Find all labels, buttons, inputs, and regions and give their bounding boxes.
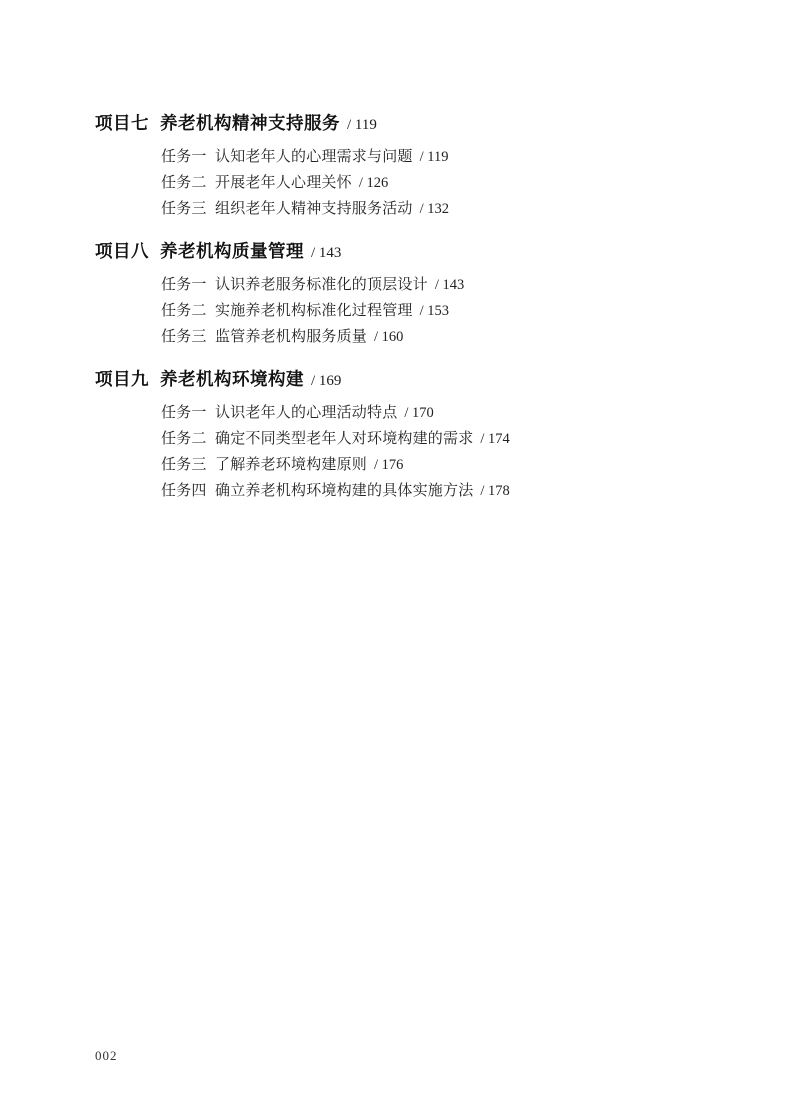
task-list: 任务一 认识养老服务标准化的顶层设计 / 143 任务二 实施养老机构标准化过程… <box>161 272 745 350</box>
task-title: 开展老年人心理关怀 <box>215 170 352 195</box>
task-list: 任务一 认知老年人的心理需求与问题 / 119 任务二 开展老年人心理关怀 / … <box>161 144 745 222</box>
task-label: 任务四 <box>161 478 215 503</box>
page-number: 002 <box>95 1048 118 1064</box>
task-page-ref: / 174 <box>480 427 509 452</box>
task-label: 任务二 <box>161 170 215 195</box>
task-page-ref: / 176 <box>374 453 403 478</box>
task-label: 任务一 <box>161 272 215 297</box>
chapter-label: 项目八 <box>95 240 160 262</box>
task-title: 组织老年人精神支持服务活动 <box>215 196 413 221</box>
toc-section-chapter-7: 项目七 养老机构精神支持服务 / 119 任务一 认知老年人的心理需求与问题 /… <box>95 112 745 222</box>
task-entry: 任务一 认知老年人的心理需求与问题 / 119 <box>161 144 745 170</box>
task-label: 任务三 <box>161 196 215 221</box>
task-list: 任务一 认识老年人的心理活动特点 / 170 任务二 确定不同类型老年人对环境构… <box>161 400 745 504</box>
chapter-heading: 项目七 养老机构精神支持服务 / 119 <box>95 112 745 136</box>
task-page-ref: / 132 <box>420 197 449 222</box>
task-label: 任务三 <box>161 452 215 477</box>
task-page-ref: / 178 <box>480 479 509 504</box>
chapter-page-ref: / 169 <box>311 370 341 392</box>
toc-section-chapter-9: 项目九 养老机构环境构建 / 169 任务一 认识老年人的心理活动特点 / 17… <box>95 368 745 504</box>
task-label: 任务二 <box>161 426 215 451</box>
task-page-ref: / 126 <box>359 171 388 196</box>
task-title: 确定不同类型老年人对环境构建的需求 <box>215 426 473 451</box>
chapter-title: 养老机构环境构建 <box>160 368 304 390</box>
task-label: 任务一 <box>161 144 215 169</box>
task-title: 了解养老环境构建原则 <box>215 452 367 477</box>
task-entry: 任务一 认识养老服务标准化的顶层设计 / 143 <box>161 272 745 298</box>
task-label: 任务二 <box>161 298 215 323</box>
task-entry: 任务二 实施养老机构标准化过程管理 / 153 <box>161 298 745 324</box>
task-title: 认知老年人的心理需求与问题 <box>215 144 413 169</box>
toc-content: 项目七 养老机构精神支持服务 / 119 任务一 认知老年人的心理需求与问题 /… <box>95 112 745 522</box>
task-entry: 任务一 认识老年人的心理活动特点 / 170 <box>161 400 745 426</box>
chapter-label: 项目七 <box>95 112 160 134</box>
task-title: 实施养老机构标准化过程管理 <box>215 298 413 323</box>
chapter-heading: 项目八 养老机构质量管理 / 143 <box>95 240 745 264</box>
task-entry: 任务二 开展老年人心理关怀 / 126 <box>161 170 745 196</box>
chapter-page-ref: / 119 <box>347 114 377 136</box>
task-entry: 任务二 确定不同类型老年人对环境构建的需求 / 174 <box>161 426 745 452</box>
task-page-ref: / 143 <box>435 273 464 298</box>
task-page-ref: / 170 <box>404 401 433 426</box>
task-entry: 任务三 组织老年人精神支持服务活动 / 132 <box>161 196 745 222</box>
chapter-label: 项目九 <box>95 368 160 390</box>
task-page-ref: / 153 <box>420 299 449 324</box>
chapter-page-ref: / 143 <box>311 242 341 264</box>
chapter-title: 养老机构精神支持服务 <box>160 112 340 134</box>
task-entry: 任务四 确立养老机构环境构建的具体实施方法 / 178 <box>161 478 745 504</box>
task-label: 任务三 <box>161 324 215 349</box>
task-entry: 任务三 了解养老环境构建原则 / 176 <box>161 452 745 478</box>
chapter-heading: 项目九 养老机构环境构建 / 169 <box>95 368 745 392</box>
task-entry: 任务三 监管养老机构服务质量 / 160 <box>161 324 745 350</box>
task-label: 任务一 <box>161 400 215 425</box>
task-title: 认识养老服务标准化的顶层设计 <box>215 272 428 297</box>
task-title: 监管养老机构服务质量 <box>215 324 367 349</box>
task-title: 确立养老机构环境构建的具体实施方法 <box>215 478 473 503</box>
chapter-title: 养老机构质量管理 <box>160 240 304 262</box>
task-title: 认识老年人的心理活动特点 <box>215 400 397 425</box>
task-page-ref: / 160 <box>374 325 403 350</box>
toc-section-chapter-8: 项目八 养老机构质量管理 / 143 任务一 认识养老服务标准化的顶层设计 / … <box>95 240 745 350</box>
task-page-ref: / 119 <box>420 145 449 170</box>
